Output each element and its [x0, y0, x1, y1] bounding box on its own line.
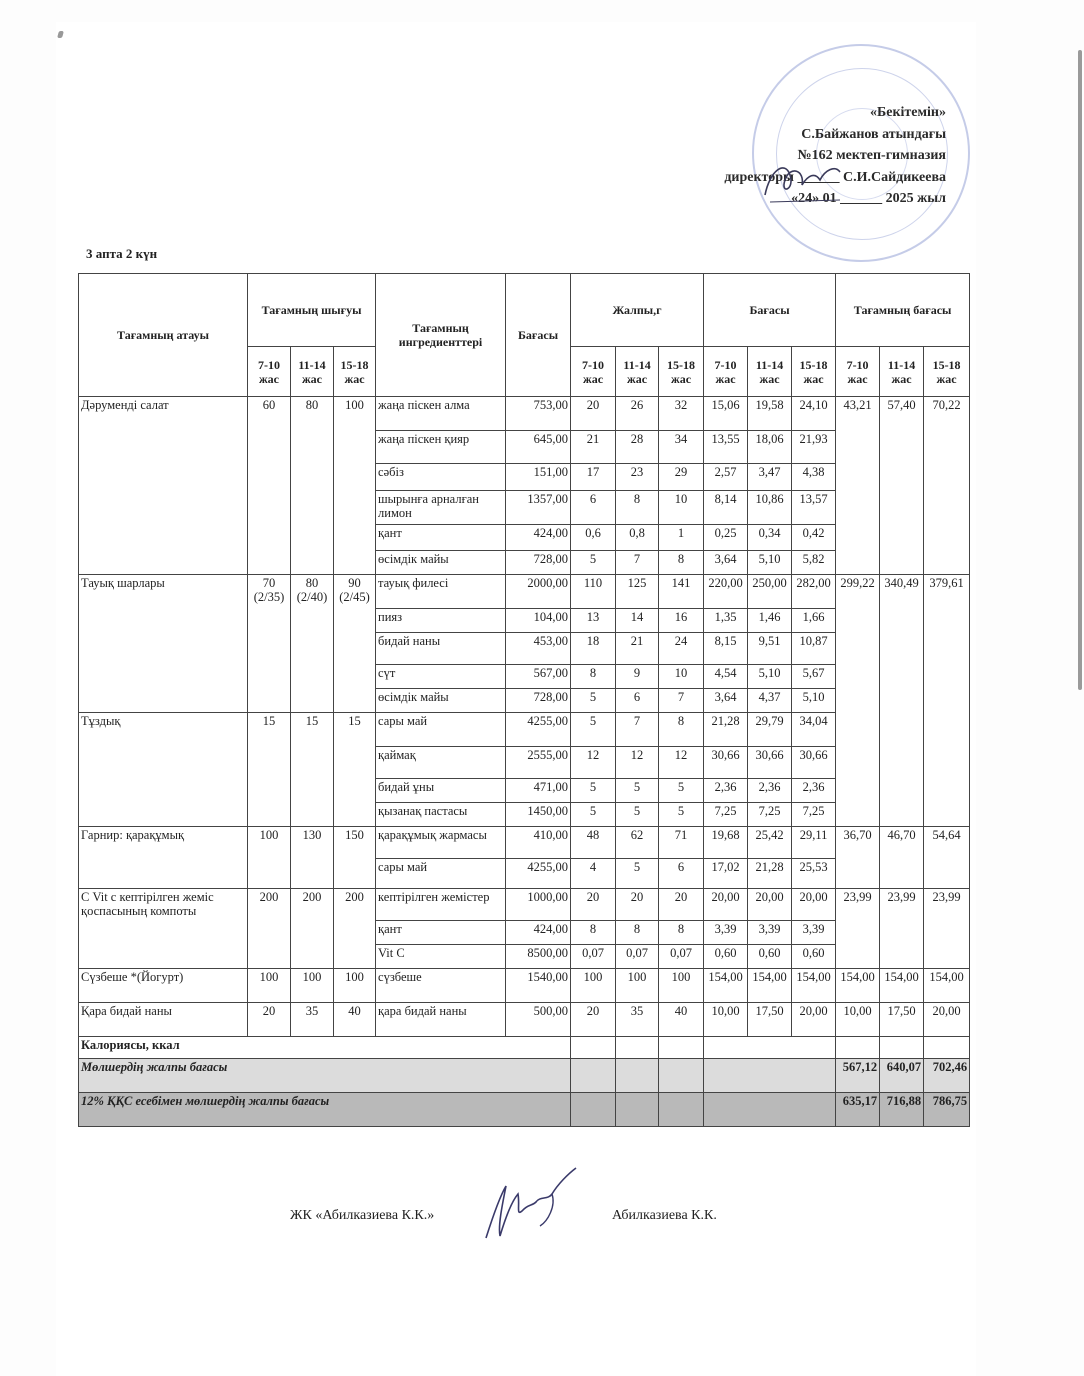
ingredient-name: жаңа піскен алма — [376, 397, 506, 431]
ingredient-cost-0: 20,00 — [704, 889, 748, 921]
ingredient-name: бидай ұны — [376, 779, 506, 803]
ingredient-cost-1: 30,66 — [748, 747, 792, 779]
vat-total-row-value-2: 786,75 — [924, 1093, 970, 1127]
ingredient-grams-1: 21 — [616, 633, 659, 665]
dish-output-2: 40 — [334, 1003, 376, 1037]
ingredient-cost-2: 3,39 — [792, 921, 836, 945]
vat-total-row-empty — [659, 1093, 704, 1127]
calories-cell — [704, 1037, 836, 1059]
ingredient-grams-1: 8 — [616, 491, 659, 525]
ingredient-cost-2: 1,66 — [792, 609, 836, 633]
output-age-2: 15-18 жас — [334, 347, 376, 397]
ingredient-price: 104,00 — [506, 609, 571, 633]
ingredient-cost-0: 30,66 — [704, 747, 748, 779]
ingredient-name: Vit C — [376, 945, 506, 969]
header-row-1: Тағамның атауыТағамның шығуыТағамның инг… — [79, 274, 970, 347]
ingredient-grams-2: 71 — [659, 827, 704, 859]
ingredient-grams-2: 40 — [659, 1003, 704, 1037]
calories-row: Калориясы, ккал — [79, 1037, 970, 1059]
ingredient-price: 8500,00 — [506, 945, 571, 969]
dish-cost-age-1: 11-14 жас — [880, 347, 924, 397]
ingredient-cost-2: 0,60 — [792, 945, 836, 969]
header-ingredients: Тағамның ингредиенттері — [376, 274, 506, 397]
ingredient-grams-2: 6 — [659, 859, 704, 889]
table-row: Қара бидай наны203540қара бидай наны500,… — [79, 1003, 970, 1037]
ingredient-cost-2: 5,82 — [792, 551, 836, 575]
dish-name: Тауық шарлары — [79, 575, 248, 713]
ingredient-cost-0: 154,00 — [704, 969, 748, 1003]
dish-name: Гарнир: қарақұмық — [79, 827, 248, 889]
ingredient-cost-2: 154,00 — [792, 969, 836, 1003]
ingredient-name: қарақұмық жармасы — [376, 827, 506, 859]
ingredient-cost-0: 0,25 — [704, 525, 748, 551]
ingredient-grams-2: 0,07 — [659, 945, 704, 969]
ingredient-grams-0: 17 — [571, 464, 616, 491]
ingredient-grams-1: 7 — [616, 551, 659, 575]
dish-output-0: 200 — [248, 889, 291, 969]
ingredient-cost-1: 1,46 — [748, 609, 792, 633]
ingredient-grams-0: 8 — [571, 921, 616, 945]
ingredient-grams-2: 8 — [659, 551, 704, 575]
dish-name: С Vit с кептірілген жеміс қоспасының ком… — [79, 889, 248, 969]
ingredient-cost-0: 19,68 — [704, 827, 748, 859]
ingredient-cost-2: 13,57 — [792, 491, 836, 525]
dish-cost-2: 54,64 — [924, 827, 970, 889]
table-row: Сүзбеше *(Йогурт)100100100сүзбеше1540,00… — [79, 969, 970, 1003]
ingredient-cost-1: 7,25 — [748, 803, 792, 827]
ingredient-cost-1: 2,36 — [748, 779, 792, 803]
ingredient-name: сүт — [376, 665, 506, 689]
ingredient-cost-2: 4,38 — [792, 464, 836, 491]
ingredient-grams-2: 1 — [659, 525, 704, 551]
total-row-label: Мөлшердің жалпы бағасы — [79, 1059, 571, 1093]
ingredient-grams-2: 16 — [659, 609, 704, 633]
vat-total-row: 12% ҚҚС есебімен мөлшердің жалпы бағасы6… — [79, 1093, 970, 1127]
ingredient-cost-2: 5,10 — [792, 689, 836, 713]
ingredient-cost-2: 5,67 — [792, 665, 836, 689]
output-age-1: 11-14 жас — [291, 347, 334, 397]
menu-table: Тағамның атауыТағамның шығуыТағамның инг… — [78, 273, 970, 1127]
header-total-g: Жалпы,г — [571, 274, 704, 347]
ingredient-cost-1: 17,50 — [748, 1003, 792, 1037]
ingredient-grams-0: 110 — [571, 575, 616, 609]
ingredient-cost-1: 3,39 — [748, 921, 792, 945]
calories-label: Калориясы, ккал — [79, 1037, 571, 1059]
ingredient-grams-1: 0,8 — [616, 525, 659, 551]
ingredient-grams-2: 32 — [659, 397, 704, 431]
vat-total-row-value-0: 635,17 — [836, 1093, 880, 1127]
ingredient-price: 500,00 — [506, 1003, 571, 1037]
total-row-value-1: 640,07 — [880, 1059, 924, 1093]
ingredient-cost-0: 3,39 — [704, 921, 748, 945]
total-row-empty — [704, 1059, 836, 1093]
ingredient-cost-2: 25,53 — [792, 859, 836, 889]
dish-output-0: 100 — [248, 969, 291, 1003]
header-price: Бағасы — [506, 274, 571, 397]
dish-cost-1: 23,99 — [880, 889, 924, 969]
ingredient-cost-1: 0,34 — [748, 525, 792, 551]
total-row-empty — [659, 1059, 704, 1093]
ingredient-name: қант — [376, 525, 506, 551]
ingredient-grams-1: 8 — [616, 921, 659, 945]
ingredient-name: қызанақ пастасы — [376, 803, 506, 827]
ingredient-cost-0: 2,57 — [704, 464, 748, 491]
ingredient-name: қант — [376, 921, 506, 945]
approval-school: С.Байжанов атындағы — [724, 124, 946, 146]
ingredient-grams-1: 100 — [616, 969, 659, 1003]
ingredient-cost-1: 4,37 — [748, 689, 792, 713]
ingredient-grams-2: 5 — [659, 803, 704, 827]
ingredient-cost-0: 2,36 — [704, 779, 748, 803]
header-dish-cost: Тағамның бағасы — [836, 274, 970, 347]
ingredient-price: 410,00 — [506, 827, 571, 859]
ingredient-name: пияз — [376, 609, 506, 633]
ingredient-cost-2: 282,00 — [792, 575, 836, 609]
ingredient-price: 4255,00 — [506, 859, 571, 889]
ingredient-cost-0: 3,64 — [704, 689, 748, 713]
footer-right: Абилказиева К.К. — [612, 1208, 717, 1224]
ingredient-grams-0: 20 — [571, 397, 616, 431]
ingredient-price: 1000,00 — [506, 889, 571, 921]
ingredient-price: 151,00 — [506, 464, 571, 491]
ingredient-cost-1: 250,00 — [748, 575, 792, 609]
dish-output-2: 90 (2/45) — [334, 575, 376, 713]
ingredient-grams-2: 29 — [659, 464, 704, 491]
table-row: Тауық шарлары70 (2/35)80 (2/40)90 (2/45)… — [79, 575, 970, 609]
ingredient-cost-0: 1,35 — [704, 609, 748, 633]
ingredient-grams-2: 8 — [659, 713, 704, 747]
ingredient-grams-1: 26 — [616, 397, 659, 431]
ingredient-grams-0: 8 — [571, 665, 616, 689]
ingredient-price: 2555,00 — [506, 747, 571, 779]
dish-cost-2: 23,99 — [924, 889, 970, 969]
ingredient-price: 424,00 — [506, 525, 571, 551]
calories-cell — [880, 1037, 924, 1059]
dish-cost-0: 154,00 — [836, 969, 880, 1003]
ingredient-grams-2: 5 — [659, 779, 704, 803]
cost-age-0: 7-10 жас — [704, 347, 748, 397]
ingredient-cost-2: 7,25 — [792, 803, 836, 827]
ingredient-price: 2000,00 — [506, 575, 571, 609]
ingredient-grams-0: 100 — [571, 969, 616, 1003]
ingredient-grams-1: 9 — [616, 665, 659, 689]
ingredient-grams-0: 20 — [571, 889, 616, 921]
ingredient-cost-0: 13,55 — [704, 431, 748, 464]
ingredient-cost-1: 19,58 — [748, 397, 792, 431]
ingredient-cost-1: 0,60 — [748, 945, 792, 969]
total-g-age-2: 15-18 жас — [659, 347, 704, 397]
approval-title: «Бекітемін» — [724, 102, 946, 124]
ingredient-grams-1: 14 — [616, 609, 659, 633]
ingredient-name: сүзбеше — [376, 969, 506, 1003]
dish-name: Сүзбеше *(Йогурт) — [79, 969, 248, 1003]
ingredient-grams-0: 21 — [571, 431, 616, 464]
ingredient-grams-0: 13 — [571, 609, 616, 633]
dish-output-0: 20 — [248, 1003, 291, 1037]
ingredient-cost-0: 3,64 — [704, 551, 748, 575]
dish-cost-age-0: 7-10 жас — [836, 347, 880, 397]
table-row: Гарнир: қарақұмық100130150қарақұмық жарм… — [79, 827, 970, 859]
dish-cost-0: 10,00 — [836, 1003, 880, 1037]
ingredient-price: 424,00 — [506, 921, 571, 945]
ingredient-cost-2: 20,00 — [792, 889, 836, 921]
ingredient-grams-1: 0,07 — [616, 945, 659, 969]
ingredient-price: 728,00 — [506, 551, 571, 575]
ingredient-grams-1: 5 — [616, 779, 659, 803]
dish-output-1: 200 — [291, 889, 334, 969]
dish-output-1: 80 (2/40) — [291, 575, 334, 713]
total-row-value-2: 702,46 — [924, 1059, 970, 1093]
supplier-signature-icon — [478, 1166, 588, 1246]
ingredient-grams-1: 5 — [616, 803, 659, 827]
ingredient-cost-2: 29,11 — [792, 827, 836, 859]
ingredient-cost-2: 2,36 — [792, 779, 836, 803]
table-row: С Vit с кептірілген жеміс қоспасының ком… — [79, 889, 970, 921]
ingredient-cost-0: 10,00 — [704, 1003, 748, 1037]
ingredient-grams-0: 4 — [571, 859, 616, 889]
day-label: 3 апта 2 күн — [86, 246, 157, 262]
ingredient-cost-0: 15,06 — [704, 397, 748, 431]
dish-cost-2: 70,22 — [924, 397, 970, 575]
ingredient-cost-1: 5,10 — [748, 551, 792, 575]
ingredient-grams-1: 28 — [616, 431, 659, 464]
ingredient-name: шырынға арналған лимон — [376, 491, 506, 525]
ingredient-grams-2: 141 — [659, 575, 704, 609]
dish-cost-0: 23,99 — [836, 889, 880, 969]
ingredient-grams-0: 12 — [571, 747, 616, 779]
ingredient-cost-1: 5,10 — [748, 665, 792, 689]
output-age-0: 7-10 жас — [248, 347, 291, 397]
ingredient-grams-2: 8 — [659, 921, 704, 945]
dish-output-1: 100 — [291, 969, 334, 1003]
ingredient-price: 567,00 — [506, 665, 571, 689]
ingredient-name: жаңа піскен қияр — [376, 431, 506, 464]
dish-cost-0: 299,22 — [836, 575, 880, 827]
ingredient-grams-2: 7 — [659, 689, 704, 713]
ingredient-grams-0: 20 — [571, 1003, 616, 1037]
ingredient-grams-0: 6 — [571, 491, 616, 525]
ingredient-price: 471,00 — [506, 779, 571, 803]
ingredient-grams-1: 125 — [616, 575, 659, 609]
ingredient-cost-0: 220,00 — [704, 575, 748, 609]
ingredient-cost-1: 9,51 — [748, 633, 792, 665]
dish-output-2: 100 — [334, 397, 376, 575]
ingredient-cost-0: 7,25 — [704, 803, 748, 827]
director-signature-icon — [750, 150, 850, 210]
dish-cost-0: 43,21 — [836, 397, 880, 575]
ingredient-grams-2: 12 — [659, 747, 704, 779]
ingredient-name: кептірілген жемістер — [376, 889, 506, 921]
dish-cost-1: 17,50 — [880, 1003, 924, 1037]
ingredient-price: 753,00 — [506, 397, 571, 431]
dish-output-2: 100 — [334, 969, 376, 1003]
dish-cost-1: 57,40 — [880, 397, 924, 575]
dish-name: Қара бидай наны — [79, 1003, 248, 1037]
vat-total-row-value-1: 716,88 — [880, 1093, 924, 1127]
ingredient-name: қаймақ — [376, 747, 506, 779]
table-row: Дәруменді салат6080100жаңа піскен алма75… — [79, 397, 970, 431]
ingredient-grams-2: 10 — [659, 665, 704, 689]
ingredient-grams-2: 100 — [659, 969, 704, 1003]
total-row-value-0: 567,12 — [836, 1059, 880, 1093]
ingredient-grams-0: 5 — [571, 551, 616, 575]
dish-output-1: 35 — [291, 1003, 334, 1037]
dish-output-2: 150 — [334, 827, 376, 889]
ingredient-grams-1: 7 — [616, 713, 659, 747]
ingredient-price: 453,00 — [506, 633, 571, 665]
ingredient-price: 645,00 — [506, 431, 571, 464]
vat-total-row-empty — [571, 1093, 616, 1127]
ingredient-name: сары май — [376, 859, 506, 889]
total-g-age-0: 7-10 жас — [571, 347, 616, 397]
dish-output-2: 15 — [334, 713, 376, 827]
total-row: Мөлшердің жалпы бағасы567,12640,07702,46 — [79, 1059, 970, 1093]
ingredient-grams-2: 20 — [659, 889, 704, 921]
ingredient-price: 1450,00 — [506, 803, 571, 827]
ingredient-grams-0: 0,07 — [571, 945, 616, 969]
ingredient-grams-0: 18 — [571, 633, 616, 665]
dish-cost-1: 340,49 — [880, 575, 924, 827]
dish-output-1: 15 — [291, 713, 334, 827]
dish-output-0: 100 — [248, 827, 291, 889]
dish-output-0: 15 — [248, 713, 291, 827]
dish-cost-age-2: 15-18 жас — [924, 347, 970, 397]
ingredient-name: тауық филесі — [376, 575, 506, 609]
scrollbar[interactable] — [1078, 50, 1082, 690]
cost-age-1: 11-14 жас — [748, 347, 792, 397]
ingredient-cost-0: 0,60 — [704, 945, 748, 969]
ingredient-grams-0: 5 — [571, 803, 616, 827]
calories-cell — [571, 1037, 616, 1059]
vat-total-row-empty — [704, 1093, 836, 1127]
vat-total-row-empty — [616, 1093, 659, 1127]
dish-cost-2: 379,61 — [924, 575, 970, 827]
dish-output-0: 70 (2/35) — [248, 575, 291, 713]
ingredient-cost-1: 29,79 — [748, 713, 792, 747]
ingredient-grams-0: 5 — [571, 779, 616, 803]
ingredient-name: бидай наны — [376, 633, 506, 665]
dish-cost-1: 46,70 — [880, 827, 924, 889]
total-g-age-1: 11-14 жас — [616, 347, 659, 397]
ingredient-grams-2: 10 — [659, 491, 704, 525]
ingredient-cost-2: 34,04 — [792, 713, 836, 747]
ingredient-name: сәбіз — [376, 464, 506, 491]
ingredient-grams-0: 48 — [571, 827, 616, 859]
ingredient-name: өсімдік майы — [376, 551, 506, 575]
calories-cell — [616, 1037, 659, 1059]
total-row-empty — [571, 1059, 616, 1093]
dish-output-1: 80 — [291, 397, 334, 575]
ingredient-cost-0: 17,02 — [704, 859, 748, 889]
ingredient-grams-0: 5 — [571, 689, 616, 713]
vat-total-row-label: 12% ҚҚС есебімен мөлшердің жалпы бағасы — [79, 1093, 571, 1127]
ingredient-cost-1: 25,42 — [748, 827, 792, 859]
ingredient-cost-1: 154,00 — [748, 969, 792, 1003]
ingredient-cost-0: 21,28 — [704, 713, 748, 747]
ingredient-cost-2: 0,42 — [792, 525, 836, 551]
ingredient-cost-0: 8,15 — [704, 633, 748, 665]
dish-name: Дәруменді салат — [79, 397, 248, 575]
header-cost: Бағасы — [704, 274, 836, 347]
ingredient-cost-2: 30,66 — [792, 747, 836, 779]
dish-cost-0: 36,70 — [836, 827, 880, 889]
dish-cost-1: 154,00 — [880, 969, 924, 1003]
ingredient-name: қара бидай наны — [376, 1003, 506, 1037]
dish-name: Тұздық — [79, 713, 248, 827]
ingredient-cost-1: 21,28 — [748, 859, 792, 889]
ingredient-cost-2: 24,10 — [792, 397, 836, 431]
ingredient-cost-2: 21,93 — [792, 431, 836, 464]
ingredient-price: 728,00 — [506, 689, 571, 713]
cost-age-2: 15-18 жас — [792, 347, 836, 397]
ingredient-cost-1: 3,47 — [748, 464, 792, 491]
ingredient-grams-0: 5 — [571, 713, 616, 747]
footer-left: ЖК «Абилказиева К.К.» — [290, 1208, 434, 1224]
ingredient-grams-1: 23 — [616, 464, 659, 491]
ingredient-price: 4255,00 — [506, 713, 571, 747]
ingredient-grams-1: 5 — [616, 859, 659, 889]
ingredient-grams-0: 0,6 — [571, 525, 616, 551]
ingredient-cost-0: 4,54 — [704, 665, 748, 689]
calories-cell — [659, 1037, 704, 1059]
ingredient-grams-1: 35 — [616, 1003, 659, 1037]
calories-cell — [924, 1037, 970, 1059]
header-dish-name: Тағамның атауы — [79, 274, 248, 397]
total-row-empty — [616, 1059, 659, 1093]
ingredient-grams-2: 24 — [659, 633, 704, 665]
dish-output-1: 130 — [291, 827, 334, 889]
dish-cost-2: 20,00 — [924, 1003, 970, 1037]
ingredient-cost-2: 20,00 — [792, 1003, 836, 1037]
header-output: Тағамның шығуы — [248, 274, 376, 347]
ingredient-price: 1357,00 — [506, 491, 571, 525]
dish-cost-2: 154,00 — [924, 969, 970, 1003]
calories-cell — [836, 1037, 880, 1059]
ingredient-grams-1: 6 — [616, 689, 659, 713]
ingredient-cost-1: 20,00 — [748, 889, 792, 921]
ingredient-cost-1: 18,06 — [748, 431, 792, 464]
ingredient-cost-2: 10,87 — [792, 633, 836, 665]
dish-output-2: 200 — [334, 889, 376, 969]
ingredient-name: сары май — [376, 713, 506, 747]
ingredient-price: 1540,00 — [506, 969, 571, 1003]
ingredient-cost-0: 8,14 — [704, 491, 748, 525]
ingredient-grams-2: 34 — [659, 431, 704, 464]
ingredient-name: өсімдік майы — [376, 689, 506, 713]
ingredient-grams-1: 62 — [616, 827, 659, 859]
ingredient-grams-1: 20 — [616, 889, 659, 921]
ingredient-cost-1: 10,86 — [748, 491, 792, 525]
dish-output-0: 60 — [248, 397, 291, 575]
ingredient-grams-1: 12 — [616, 747, 659, 779]
